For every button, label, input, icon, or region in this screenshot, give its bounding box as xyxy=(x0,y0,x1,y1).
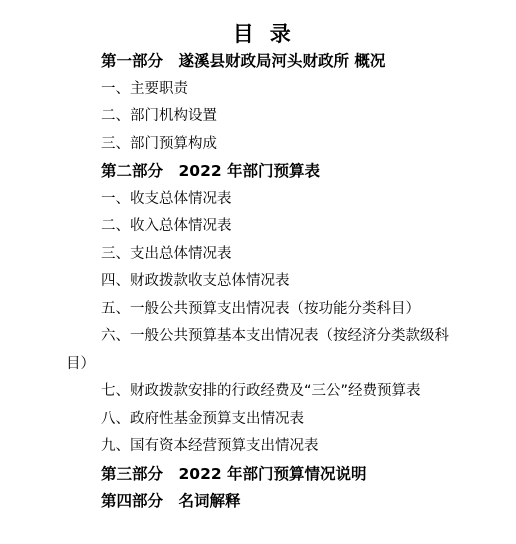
toc-page: 目 录 第一部分 遂溪县财政局河头财政所 概况 一、主要职责 二、部门机构设置 … xyxy=(0,0,516,544)
toc-title: 目 录 xyxy=(66,20,458,48)
toc-item: 三、支出总体情况表 xyxy=(66,241,458,269)
toc-section-heading-part2: 第二部分 2022 年部门预算表 xyxy=(66,158,458,186)
toc-section-heading-part3: 第三部分 2022 年部门预算情况说明 xyxy=(66,461,458,489)
toc-item: 二、收入总体情况表 xyxy=(66,213,458,241)
toc-item: 五、一般公共预算支出情况表（按功能分类科目） xyxy=(66,296,458,324)
document-page: { "toc": { "title": "目 录", "entries": [ … xyxy=(0,0,516,544)
toc-item: 八、政府性基金预算支出情况表 xyxy=(66,406,458,434)
toc-item: 二、部门机构设置 xyxy=(66,103,458,131)
toc-section-heading-part4: 第四部分 名词解释 xyxy=(66,488,458,516)
toc-item: 三、部门预算构成 xyxy=(66,131,458,159)
toc-item: 九、国有资本经营预算支出情况表 xyxy=(66,433,458,461)
toc-item: 七、财政拨款安排的行政经费及“三公”经费预算表 xyxy=(66,378,458,406)
toc-item: 一、收支总体情况表 xyxy=(66,186,458,214)
toc-item: 一、主要职责 xyxy=(66,76,458,104)
toc-item: 四、财政拨款收支总体情况表 xyxy=(66,268,458,296)
toc-section-heading-part1: 第一部分 遂溪县财政局河头财政所 概况 xyxy=(66,48,458,76)
toc-item: 六、一般公共预算基本支出情况表（按经济分类款级科目） xyxy=(66,323,458,378)
